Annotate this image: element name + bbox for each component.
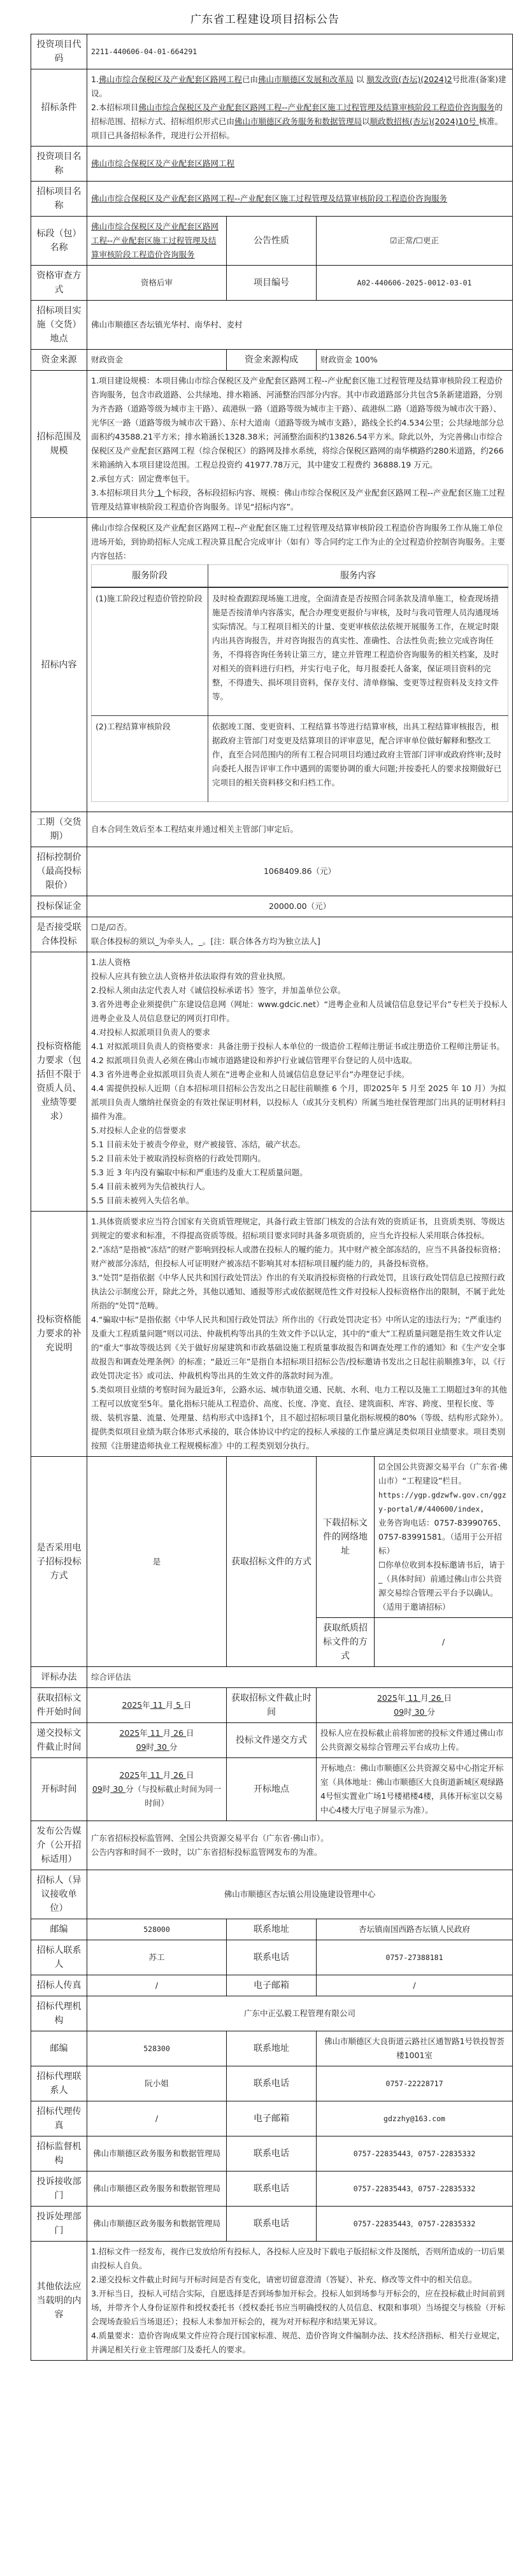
label-tenderer: 招标人（异议接收单位） (31, 1870, 87, 1919)
label-consortium: 是否接受联合体投标 (31, 917, 87, 952)
label-obtain-method: 获取招标文件的方式 (227, 1457, 317, 1667)
label-contact: 招标代理联系人 (31, 2066, 87, 2101)
label-address: 联系地址 (227, 1919, 317, 1940)
consortium-choice: ☐是/☑否。 (91, 920, 508, 934)
qualification-item: 4.2 拟派项目负责人必须在佛山市城市道路建设和养护行业诚信管理平台登记的人员中… (91, 1054, 508, 1068)
value-evaluation: 综合评估法 (87, 1667, 513, 1688)
row-tenderer: 招标人（异议接收单位） 佛山市顺德区杏坛镇公用设施建设管理中心 (31, 1870, 513, 1919)
label-tender-project-name: 招标项目名称 (31, 182, 87, 217)
value-content: 佛山市综合保税区及产业配套区路网工程--产业配套区施工过程管理及结算审核阶段工程… (87, 518, 513, 812)
qualification-item: 5.3 近 3 年内没有骗取中标和严重违约及重大工程质量问题。 (91, 1166, 508, 1180)
row-complaint-receive: 投诉接收部门 佛山市顺德区政务服务和数据管理局 联系电话 0757-228354… (31, 2172, 513, 2207)
value-paper-documents: / (375, 1618, 513, 1667)
qualification-item: 5.1 目前未处于被责令停业，财产被接管、冻结，破产状态。 (91, 1138, 508, 1152)
value-complaint-handle: 佛山市顺德区政务服务和数据管理局 (87, 2207, 227, 2242)
row-qualification: 投标资格能力要求（包括但不限于资质人员、业绩等要求） 1.法人资格 投标人应具有… (31, 952, 513, 1212)
other-item: 2.递交投标文件截止时间与开标时间是否有变化，请密切留意澄清（答疑）、补充、修改… (91, 2273, 508, 2287)
label-obtain-start: 获取招标文件开始时间 (31, 1688, 87, 1723)
value-phone: 0757-22228717 (317, 2066, 513, 2101)
row-section: 标段（包）名称 佛山市综合保税区及产业配套区路网工程--产业配套区施工过程管理及… (31, 217, 513, 266)
label-submit-deadline: 递交投标文件截止时间 (31, 1723, 87, 1758)
row-other: 其他依法应当载明的内容 1.招标文件一经发布，视作已发放给所有投标人，各投标人应… (31, 2242, 513, 2361)
value-location: 佛山市顺德区杏坛镇光华村、南华村、麦村 (87, 301, 513, 350)
label-complaint-receive: 投诉接收部门 (31, 2172, 87, 2207)
value-obtain-end: 2025年 11 月 26 日 09时 30 分 (317, 1688, 513, 1723)
label-qualification-notes: 投标资格能力要求的补充说明 (31, 1212, 87, 1457)
invitation-option: ☐你单位收到本投标邀请书后，请于_（具体时间）前通过佛山市公共资源交易综合管理云… (378, 1558, 508, 1614)
scope-item-2: 2.承包方式：固定费率包干。 (91, 472, 508, 486)
label-phone: 联系电话 (227, 2207, 317, 2242)
row-agency: 招标代理机构 广东中正弘毅工程管理有限公司 (31, 1996, 513, 2031)
label-qualification-review: 资格审查方式 (31, 266, 87, 301)
qualification-item: 5.对投标人企业的信誉要求 (91, 1124, 508, 1138)
value-address: 佛山市顺德区大良街道云路社区通智路1号铁投智荟楼1001室 (317, 2031, 513, 2066)
row-control-price: 招标控制价（最高投标限价） 1068409.86（元） (31, 847, 513, 896)
label-download-address: 下载招标文件的网络地址 (317, 1457, 375, 1618)
label-obtain-end: 获取招标文件截止时间 (227, 1688, 317, 1723)
value-project-code: 2211-440606-04-01-664291 (87, 34, 513, 69)
qualification-item: 4.1 对拟派项目负责人的资格要求：具备注册于投标人本单位的一级造价工程师注册证… (91, 1040, 508, 1054)
row-submit: 递交投标文件截止时间 2025年 11 月 26 日 09时 30 分 投标文件… (31, 1723, 513, 1758)
label-postcode: 邮编 (31, 2031, 87, 2066)
label-announcement-nature: 公告性质 (227, 217, 317, 266)
row-agency-postcode: 邮编 528300 联系地址 佛山市顺德区大良街道云路社区通智路1号铁投智荟楼1… (31, 2031, 513, 2066)
header-service-content: 服务内容 (208, 565, 508, 588)
label-postcode: 邮编 (31, 1919, 87, 1940)
qualification-note: 3.“处罚”是指依据《中华人民共和国行政处罚法》作出的有关取消投标资格的行政处罚… (91, 1271, 508, 1313)
value-duration: 自本合同生效后至本工程结束并通过相关主管部门审定后。 (87, 812, 513, 847)
qualification-item: 4.对投标人拟派项目负责人的要求 (91, 1026, 508, 1040)
service-stage: (1)施工阶段过程造价管控阶段 (92, 587, 208, 716)
row-project-code: 投资项目代码 2211-440606-04-01-664291 (31, 34, 513, 69)
qualification-item: 4.3 省外进粤企业拟派项目负责人须在“进粤企业和人员诚信信息登记平台”办理登记… (91, 1068, 508, 1082)
other-item: 1.招标文件一经发布，视作已发放给所有投标人，各投标人应及时下载电子版招标文件及… (91, 2245, 508, 2273)
value-consortium: ☐是/☑否。 联合体投标的须以_为牵头人，_。[注：联合体各方均为独立法人] (87, 917, 513, 952)
condition-2: 2.本招标项目佛山市综合保税区及产业配套区路网工程--产业配套区施工过程管理及结… (91, 101, 508, 143)
label-phone: 联系电话 (227, 2136, 317, 2172)
label-scope: 招标范围及规模 (31, 371, 87, 518)
label-opening-time: 开标时间 (31, 1758, 87, 1821)
value-other: 1.招标文件一经发布，视作已发放给所有投标人，各投标人应及时下载电子版招标文件及… (87, 2242, 513, 2361)
qualification-item: 1.法人资格 (91, 955, 508, 970)
label-supervision: 招标监督机构 (31, 2136, 87, 2172)
label-email: 电子邮箱 (227, 1975, 317, 1996)
value-scope: 1.项目建设规模：本项目佛山市综合保税区及产业配套区路网工程--产业配套区施工过… (87, 371, 513, 518)
value-phone: 0757-22835443，0757-22835332 (317, 2136, 513, 2172)
row-agency-fax: 招标代理传真 / 电子邮箱 gdzzhy@163.com (31, 2101, 513, 2136)
label-fax: 招标代理传真 (31, 2101, 87, 2136)
qualification-note: 5.类似项目业绩的考察时间为最近3年，公路水运、城市轨道交通、民航、水利、电力工… (91, 1383, 508, 1453)
value-qualification: 1.法人资格 投标人应具有独立法人资格并依法取得有效的营业执照。 2.投标人须由… (87, 952, 513, 1212)
row-obtain-time: 获取招标文件开始时间 2025年 11 月 5 日 获取招标文件截止时间 202… (31, 1688, 513, 1723)
value-contact: 苏工 (87, 1940, 227, 1975)
service-row: (2)工程结算审核阶段 依据竣工图、变更资料、工程结算书等进行结算审核，出具工程… (92, 716, 508, 802)
label-complaint-handle: 投诉处理部门 (31, 2207, 87, 2242)
value-opening-time: 2025年 11 月 26 日 09时 30 分（与投标截止时间为同一时间） (87, 1758, 227, 1821)
value-submit-deadline: 2025年 11 月 26 日 09时 30 分 (87, 1723, 227, 1758)
value-tender-project-name: 佛山市综合保税区及产业配套区路网工程--产业配套区施工过程管理及结算审核阶段工程… (87, 182, 513, 217)
qualification-note: 2.“冻结”是指被“冻结”的财产影响到投标人或潜在投标人的履约能力。其中财产被全… (91, 1243, 508, 1271)
row-tenderer-fax: 招标人传真 / 电子邮箱 / (31, 1975, 513, 1996)
value-phone: 0757-27388181 (317, 1940, 513, 1975)
label-investment-name: 投资项目名称 (31, 147, 87, 182)
row-complaint-handle: 投诉处理部门 佛山市顺德区政务服务和数据管理局 联系电话 0757-228354… (31, 2207, 513, 2242)
row-opening: 开标时间 2025年 11 月 26 日 09时 30 分（与投标截止时间为同一… (31, 1758, 513, 1821)
label-funding-composition: 资金来源构成 (227, 350, 317, 371)
label-conditions: 招标条件 (31, 69, 87, 147)
service-row: (1)施工阶段过程造价管控阶段 及时检查跟踪现场施工进度，全面清查是否按照合同条… (92, 587, 508, 716)
value-complaint-receive: 佛山市顺德区政务服务和数据管理局 (87, 2172, 227, 2207)
row-agency-contact: 招标代理联系人 阮小姐 联系电话 0757-22228717 (31, 2066, 513, 2101)
value-supervision: 佛山市顺德区政务服务和数据管理局 (87, 2136, 227, 2172)
service-table-header: 服务阶段 服务内容 (92, 565, 508, 588)
row-qualification-notes: 投标资格能力要求的补充说明 1.具体资质要求应当符合国家有关资质管理规定，具备行… (31, 1212, 513, 1457)
value-opening-place: 开标地点：佛山市顺德区公共资源交易中心指定开标室（具体地址：佛山市顺德区大良街道… (317, 1758, 513, 1821)
value-section: 佛山市综合保税区及产业配套区路网工程--产业配套区施工过程管理及结算审核阶段工程… (87, 217, 227, 266)
scope-item-3: 3.本招标项目共分 1 个标段，各标段招标内容、规模：佛山市综合保税区及产业配套… (91, 486, 508, 514)
value-fax: / (87, 1975, 227, 1996)
qualification-item: 5.5 目前未被列入失信名单。 (91, 1194, 508, 1208)
row-qualification-review: 资格审查方式 资格后审 项目编号 A02-440606-2025-0012-03… (31, 266, 513, 301)
value-address: 杏坛镇南国西路杏坛镇人民政府 (317, 1919, 513, 1940)
email-link[interactable]: gdzzhy@163.com (317, 2101, 513, 2136)
row-electronic-bidding: 是否采用电子招标投标方式 是 获取招标文件的方式 下载招标文件的网络地址 ☑全国… (31, 1457, 513, 1618)
value-agency: 广东中正弘毅工程管理有限公司 (87, 1996, 513, 2031)
value-tenderer: 佛山市顺德区杏坛镇公用设施建设管理中心 (87, 1870, 513, 1919)
header-service-stage: 服务阶段 (92, 565, 208, 588)
value-funding: 财政资金 (87, 350, 227, 371)
label-bid-bond: 投标保证金 (31, 896, 87, 917)
row-media: 发布公告媒介（公开招标适用） 广东省招标投标监管网、全国公共资源交易平台（广东省… (31, 1821, 513, 1870)
label-evaluation: 评标办法 (31, 1667, 87, 1688)
value-bid-bond: 20000.00（元） (87, 896, 513, 917)
qualification-item: 5.4 目前未被列为失信被执行人。 (91, 1180, 508, 1194)
value-announcement-nature: ☑正常/☐更正 (317, 217, 513, 266)
row-location: 招标项目实施（交货）地点 佛山市顺德区杏坛镇光华村、南华村、麦村 (31, 301, 513, 350)
qualification-item: 3.省外进粤企业须提供广东建设信息网（网址：www.gdcic.net）“进粤企… (91, 998, 508, 1026)
row-tenderer-postcode: 邮编 528000 联系地址 杏坛镇南国西路杏坛镇人民政府 (31, 1919, 513, 1940)
label-funding: 资金来源 (31, 350, 87, 371)
row-evaluation: 评标办法 综合评估法 (31, 1667, 513, 1688)
qualification-item: 2.投标人须由法定代表人对《诚信投标承诺书》签字，并加盖单位公章。 (91, 984, 508, 998)
label-agency: 招标代理机构 (31, 1996, 87, 2031)
qualification-item: 5.2 目前未处于被取消投标资格的行政处罚期内。 (91, 1152, 508, 1166)
service-detail: 及时检查跟踪现场施工进度，全面清查是否按照合同条款及清单施工，检查现场措施是否按… (208, 587, 508, 716)
row-funding: 资金来源 财政资金 资金来源构成 财政资金 100% (31, 350, 513, 371)
label-phone: 联系电话 (227, 1940, 317, 1975)
label-submit-method: 投标文件递交方式 (227, 1723, 317, 1758)
value-postcode: 528000 (87, 1919, 227, 1940)
other-item: 3.开标当日，投标人可结合实际，自愿选择是否到场参加开标会。投标人如到场参与开标… (91, 2287, 508, 2329)
platform-url-link[interactable]: https://ygp.gdzwfw.gov.cn/ggzy-portal/#/… (378, 1488, 508, 1516)
other-item: 4.质量要求：造价咨询成果文件应符合现行国家标准、规范、造价咨询文件编制办法、技… (91, 2329, 508, 2357)
label-address: 联系地址 (227, 2031, 317, 2066)
label-electronic-bidding: 是否采用电子招标投标方式 (31, 1457, 87, 1667)
label-fax: 招标人传真 (31, 1975, 87, 1996)
page-title: 广东省工程建设项目招标公告 (0, 0, 530, 34)
row-conditions: 招标条件 1.佛山市综合保税区及产业配套区路网工程已由佛山市顺德区发展和改革局 … (31, 69, 513, 147)
label-paper-documents: 获取纸质招标文件的方式 (317, 1618, 375, 1667)
label-control-price: 招标控制价（最高投标限价） (31, 847, 87, 896)
label-media: 发布公告媒介（公开招标适用） (31, 1821, 87, 1870)
platform-phone: 业务咨询电话：0757-83990765、0757-83991581。（适用于公… (378, 1516, 508, 1558)
label-duration: 工期（交货期） (31, 812, 87, 847)
label-other: 其他依法应当载明的内容 (31, 2242, 87, 2361)
value-project-number: A02-440606-2025-0012-03-01 (317, 266, 513, 301)
qualification-item: 4.4 需提供投标人近期（自本招标项目招标公告发出之日起往前顺推 6 个月，即2… (91, 1082, 508, 1124)
label-phone: 联系电话 (227, 2066, 317, 2101)
value-contact: 阮小姐 (87, 2066, 227, 2101)
value-conditions: 1.佛山市综合保税区及产业配套区路网工程已由佛山市顺德区发展和改革局 以 顺发改… (87, 69, 513, 147)
value-investment-name: 佛山市综合保税区及产业配套区路网工程 (87, 147, 513, 182)
label-content: 招标内容 (31, 518, 87, 812)
qualification-note: 4.“骗取中标”是指依据《中华人民共和国行政处罚法》所作出的《行政处罚决定书》中… (91, 1313, 508, 1383)
service-stage: (2)工程结算审核阶段 (92, 716, 208, 802)
value-phone: 0757-22835443，0757-22835332 (317, 2207, 513, 2242)
row-content: 招标内容 佛山市综合保税区及产业配套区路网工程--产业配套区施工过程管理及结算审… (31, 518, 513, 812)
row-supervision: 招标监督机构 佛山市顺德区政务服务和数据管理局 联系电话 0757-228354… (31, 2136, 513, 2172)
media-line: 广东省招标投标监管网、全国公共资源交易平台（广东省·佛山市）。 (91, 1831, 508, 1845)
label-email: 电子邮箱 (227, 2101, 317, 2136)
value-qualification-review: 资格后审 (87, 266, 227, 301)
label-contact: 招标人联系人 (31, 1940, 87, 1975)
service-detail: 依据竣工图、变更资料、工程结算书等进行结算审核，出具工程结算审核报告，根据政府主… (208, 716, 508, 802)
scope-item-1: 1.项目建设规模：本项目佛山市综合保税区及产业配套区路网工程--产业配套区施工过… (91, 374, 508, 472)
value-obtain-start: 2025年 11 月 5 日 (87, 1688, 227, 1723)
value-fax: / (87, 2101, 227, 2136)
qualification-note: 1.具体资质要求应当符合国家有关资质管理规定，具备行政主管部门核发的合法有效的资… (91, 1215, 508, 1243)
value-phone: 0757-22835443，0757-22835332 (317, 2172, 513, 2207)
label-project-code: 投资项目代码 (31, 34, 87, 69)
label-location: 招标项目实施（交货）地点 (31, 301, 87, 350)
value-funding-composition: 财政资金 100% (317, 350, 513, 371)
qualification-item: 投标人应具有独立法人资格并依法取得有效的营业执照。 (91, 970, 508, 984)
value-submit-method: 投标人应在投标截止前将加密的投标文件通过佛山市公共资源交易综合管理云平台成功上传… (317, 1723, 513, 1758)
value-control-price: 1068409.86（元） (87, 847, 513, 896)
tender-announcement-page: 广东省工程建设项目招标公告 投资项目代码 2211-440606-04-01-6… (0, 0, 530, 2386)
platform-option: ☑全国公共资源交易平台（广东省·佛山市）“工程建设”栏目。 (378, 1460, 508, 1488)
content-intro: 佛山市综合保税区及产业配套区路网工程--产业配套区施工过程管理及结算审核阶段工程… (91, 521, 508, 563)
value-download-address: ☑全国公共资源交易平台（广东省·佛山市）“工程建设”栏目。 https://yg… (375, 1457, 513, 1618)
row-tender-project-name: 招标项目名称 佛山市综合保税区及产业配套区路网工程--产业配套区施工过程管理及结… (31, 182, 513, 217)
media-line: 公告内容和时间不一致时，以广东省招标投标监管网发布的为准。 (91, 1845, 508, 1859)
value-postcode: 528300 (87, 2031, 227, 2066)
row-duration: 工期（交货期） 自本合同生效后至本工程结束并通过相关主管部门审定后。 (31, 812, 513, 847)
value-email: / (317, 1975, 513, 1996)
service-table: 服务阶段 服务内容 (1)施工阶段过程造价管控阶段 及时检查跟踪现场施工进度，全… (91, 564, 508, 802)
label-project-number: 项目编号 (227, 266, 317, 301)
label-qualification: 投标资格能力要求（包括但不限于资质人员、业绩等要求） (31, 952, 87, 1212)
value-qualification-notes: 1.具体资质要求应当符合国家有关资质管理规定，具备行政主管部门核发的合法有效的资… (87, 1212, 513, 1457)
row-scope: 招标范围及规模 1.项目建设规模：本项目佛山市综合保税区及产业配套区路网工程--… (31, 371, 513, 518)
consortium-note: 联合体投标的须以_为牵头人，_。[注：联合体各方均为独立法人] (91, 934, 508, 948)
announcement-table: 投资项目代码 2211-440606-04-01-664291 招标条件 1.佛… (31, 34, 513, 2361)
row-consortium: 是否接受联合体投标 ☐是/☑否。 联合体投标的须以_为牵头人，_。[注：联合体各… (31, 917, 513, 952)
row-tenderer-contact: 招标人联系人 苏工 联系电话 0757-27388181 (31, 1940, 513, 1975)
label-opening-place: 开标地点 (227, 1758, 317, 1821)
label-phone: 联系电话 (227, 2172, 317, 2207)
row-investment-name: 投资项目名称 佛山市综合保税区及产业配套区路网工程 (31, 147, 513, 182)
row-bid-bond: 投标保证金 20000.00（元） (31, 896, 513, 917)
value-electronic-bidding: 是 (87, 1457, 227, 1667)
condition-1: 1.佛山市综合保税区及产业配套区路网工程已由佛山市顺德区发展和改革局 以 顺发改… (91, 73, 508, 101)
value-media: 广东省招标投标监管网、全国公共资源交易平台（广东省·佛山市）。 公告内容和时间不… (87, 1821, 513, 1870)
label-section: 标段（包）名称 (31, 217, 87, 266)
